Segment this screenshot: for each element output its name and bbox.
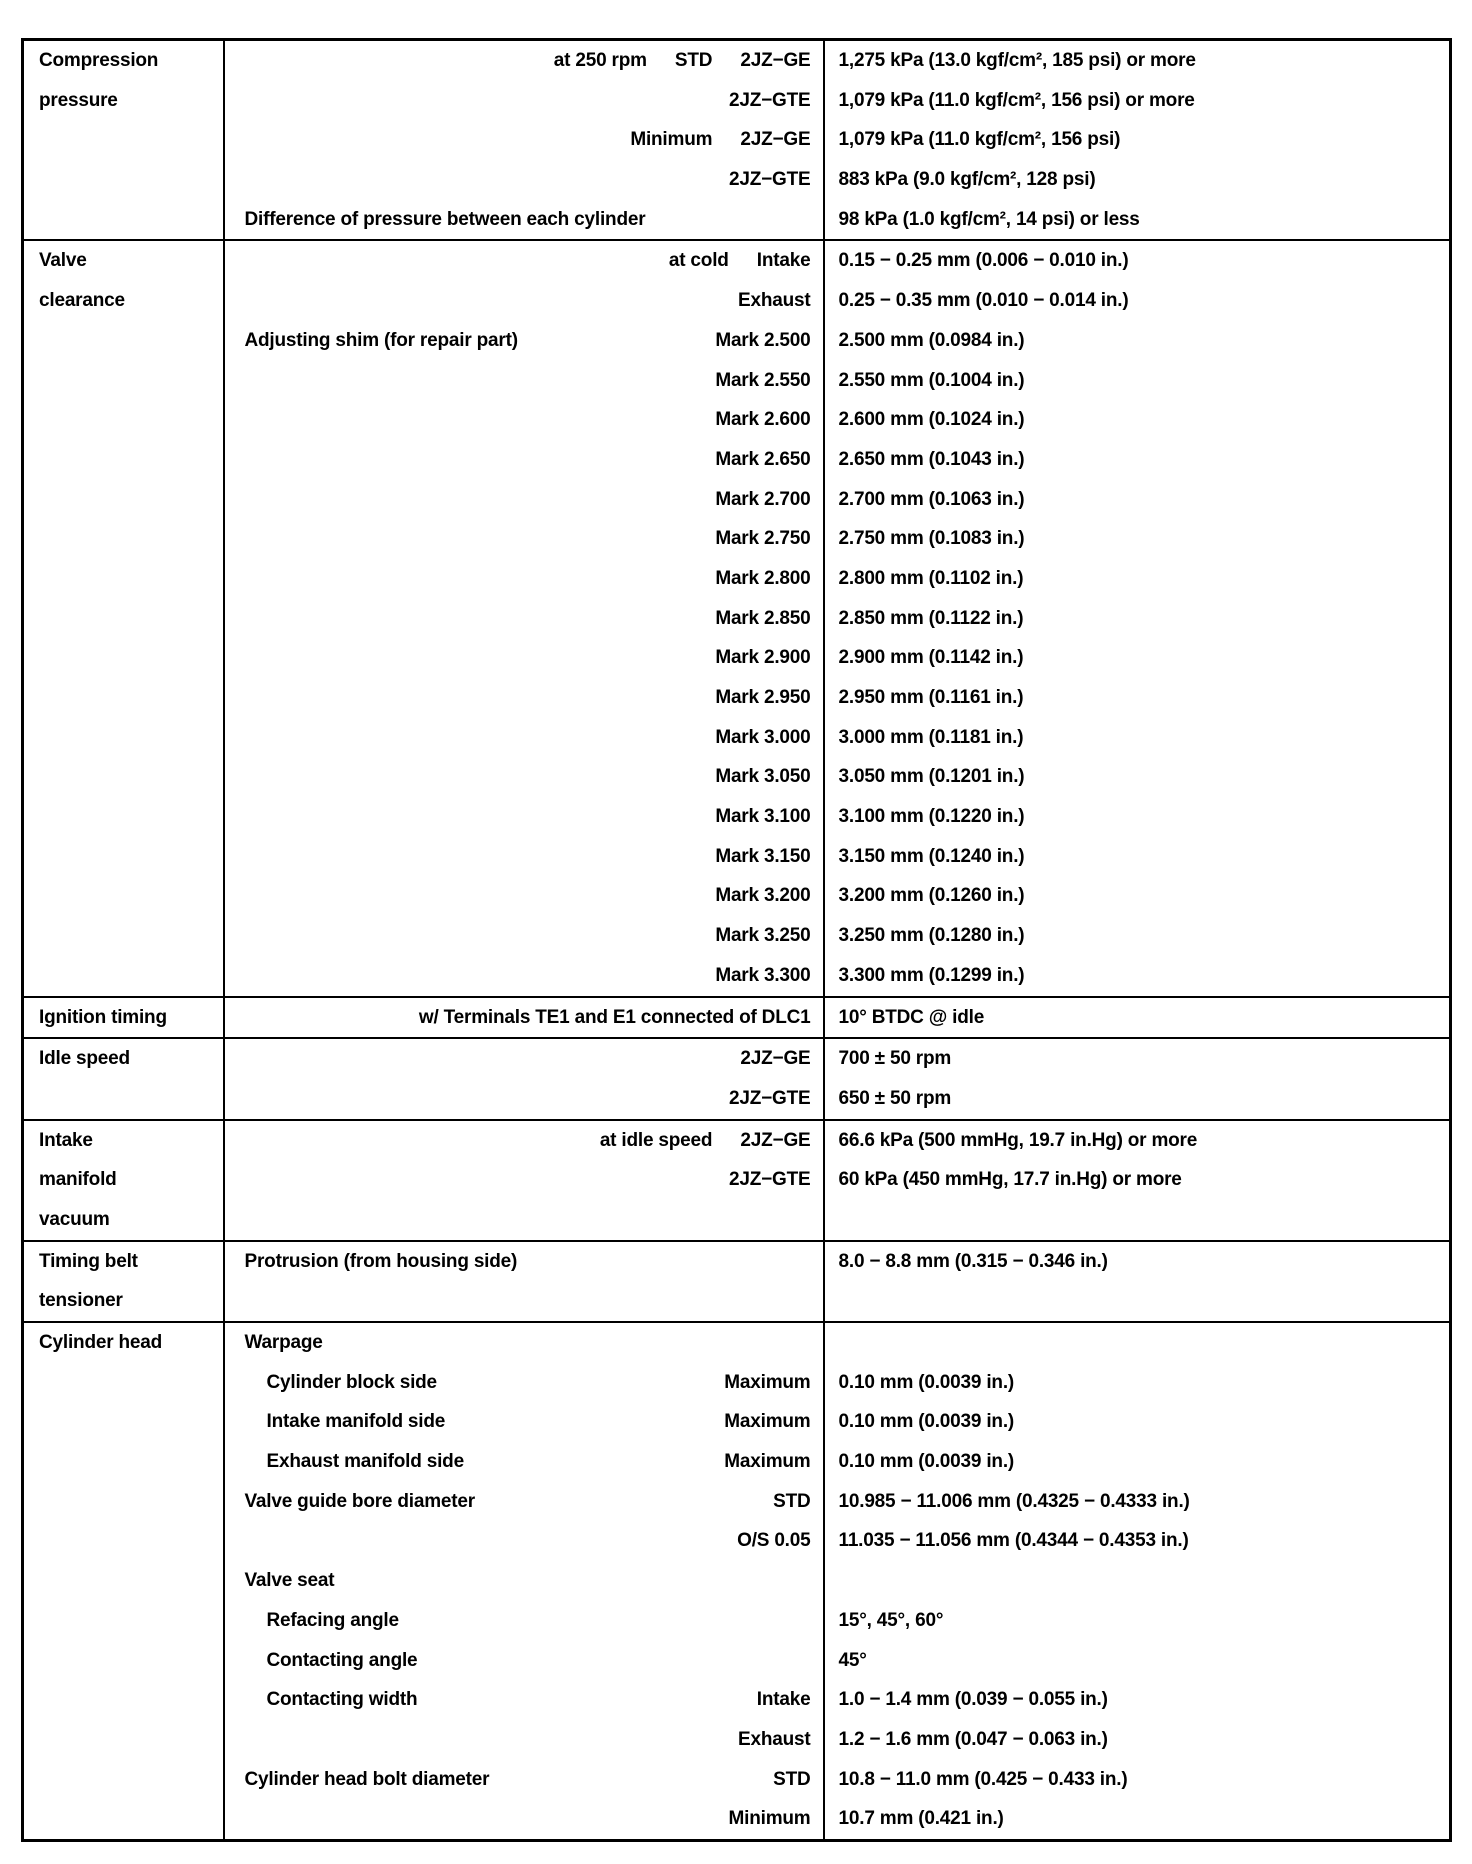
spec-value: 1.2 − 1.6 mm (0.047 − 0.063 in.) [825, 1720, 1450, 1760]
category-label: Compression [24, 41, 223, 81]
category-cell: Intakemanifoldvacuum [23, 1120, 224, 1241]
category-label [24, 321, 223, 361]
spec-section-compression-pressure: Compressionpressure at 250 rpm STD 2JZ−G… [23, 40, 1451, 241]
category-label [24, 956, 223, 996]
condition-label: Intake manifold side [245, 1402, 446, 1442]
condition-line: at idle speed 2JZ−GE [225, 1121, 823, 1161]
category-label [24, 1079, 223, 1119]
condition-line: Refacing angle [225, 1601, 823, 1641]
category-label [24, 638, 223, 678]
spec-value: 2.500 mm (0.0984 in.) [825, 321, 1450, 361]
spec-value: 1,079 kPa (11.0 kgf/cm², 156 psi) [825, 120, 1450, 160]
spec-value: 98 kPa (1.0 kgf/cm², 14 psi) or less [825, 200, 1450, 240]
condition-line: Contacting widthIntake [225, 1680, 823, 1720]
spec-value: 3.300 mm (0.1299 in.) [825, 956, 1450, 996]
condition-label: Cylinder block side [245, 1363, 437, 1403]
spec-section-row: Intakemanifoldvacuum at idle speed 2JZ−G… [23, 1120, 1451, 1241]
spec-value: 10.8 − 11.0 mm (0.425 − 0.433 in.) [825, 1760, 1450, 1800]
category-label [24, 757, 223, 797]
value-cell: 0.10 mm (0.0039 in.)0.10 mm (0.0039 in.)… [824, 1322, 1451, 1840]
condition-line: Protrusion (from housing side) [225, 1242, 823, 1282]
condition-line: Warpage [225, 1323, 823, 1363]
category-label [24, 837, 223, 877]
spec-value [825, 1561, 1450, 1601]
category-label: clearance [24, 281, 223, 321]
category-label [24, 1521, 223, 1561]
category-label [24, 1363, 223, 1403]
condition-line: Exhaust manifold sideMaximum [225, 1442, 823, 1482]
spec-value: 2.800 mm (0.1102 in.) [825, 559, 1450, 599]
condition-line: 2JZ−GE [225, 1039, 823, 1079]
condition-qualifier: 2JZ−GTE [729, 160, 811, 200]
category-label [24, 678, 223, 718]
category-label: Ignition timing [24, 998, 223, 1038]
category-label [24, 1720, 223, 1760]
condition-line: w/ Terminals TE1 and E1 connected of DLC… [225, 998, 823, 1038]
condition-line: Mark 2.600 [225, 400, 823, 440]
spec-section-row: Timing belttensioner Protrusion (from ho… [23, 1241, 1451, 1322]
condition-line: Mark 3.300 [225, 956, 823, 996]
spec-value: 883 kPa (9.0 kgf/cm², 128 psi) [825, 160, 1450, 200]
condition-qualifier: Mark 2.700 [715, 480, 810, 520]
spec-section-row: Cylinder head WarpageCylinder block side… [23, 1322, 1451, 1840]
spec-value: 2.700 mm (0.1063 in.) [825, 480, 1450, 520]
spec-value: 1,079 kPa (11.0 kgf/cm², 156 psi) or mor… [825, 81, 1450, 121]
condition-line: Mark 2.800 [225, 559, 823, 599]
spec-value: 3.050 mm (0.1201 in.) [825, 757, 1450, 797]
condition-qualifier: Mark 2.950 [715, 678, 810, 718]
spec-value: 3.250 mm (0.1280 in.) [825, 916, 1450, 956]
value-cell: 700 ± 50 rpm650 ± 50 rpm [824, 1038, 1451, 1119]
condition-label: Cylinder head bolt diameter [245, 1760, 490, 1800]
spec-section-ignition-timing: Ignition timing w/ Terminals TE1 and E1 … [23, 997, 1451, 1039]
condition-line: Adjusting shim (for repair part)Mark 2.5… [225, 321, 823, 361]
condition-cell: 2JZ−GE2JZ−GTE [224, 1038, 824, 1119]
category-label: vacuum [24, 1200, 223, 1240]
spec-value: 3.200 mm (0.1260 in.) [825, 876, 1450, 916]
condition-line: Contacting angle [225, 1641, 823, 1681]
condition-qualifier: Maximum [724, 1363, 810, 1403]
condition-label: Refacing angle [245, 1601, 399, 1641]
category-label [24, 1799, 223, 1839]
category-label [24, 1680, 223, 1720]
condition-qualifier: Mark 2.650 [715, 440, 810, 480]
condition-qualifier: O/S 0.05 [737, 1521, 810, 1561]
condition-cell: w/ Terminals TE1 and E1 connected of DLC… [224, 997, 824, 1039]
condition-line: 2JZ−GTE [225, 81, 823, 121]
spec-section-row: Ignition timing w/ Terminals TE1 and E1 … [23, 997, 1451, 1039]
category-label [24, 400, 223, 440]
condition-qualifier: Exhaust [738, 1720, 811, 1760]
spec-section-cylinder-head: Cylinder head WarpageCylinder block side… [23, 1322, 1451, 1840]
condition-line: 2JZ−GTE [225, 1079, 823, 1119]
condition-line [225, 1281, 823, 1321]
condition-line: O/S 0.05 [225, 1521, 823, 1561]
condition-cell: WarpageCylinder block sideMaximumIntake … [224, 1322, 824, 1840]
condition-cell: at idle speed 2JZ−GE2JZ−GTE [224, 1120, 824, 1241]
condition-line: Minimum [225, 1799, 823, 1839]
category-label: Timing belt [24, 1242, 223, 1282]
spec-value: 2.600 mm (0.1024 in.) [825, 400, 1450, 440]
condition-line: Mark 3.000 [225, 718, 823, 758]
spec-value: 45° [825, 1641, 1450, 1681]
spec-value: 2.900 mm (0.1142 in.) [825, 638, 1450, 678]
condition-label: Warpage [245, 1323, 323, 1363]
condition-line: Minimum 2JZ−GE [225, 120, 823, 160]
category-label [24, 1482, 223, 1522]
spec-value: 0.10 mm (0.0039 in.) [825, 1442, 1450, 1482]
spec-value: 11.035 − 11.056 mm (0.4344 − 0.4353 in.) [825, 1521, 1450, 1561]
spec-value: 2.650 mm (0.1043 in.) [825, 440, 1450, 480]
category-label [24, 559, 223, 599]
condition-qualifier: Maximum [724, 1402, 810, 1442]
category-label: pressure [24, 81, 223, 121]
condition-line: Difference of pressure between each cyli… [225, 200, 823, 240]
condition-qualifier: Mark 3.100 [715, 797, 810, 837]
condition-line: Mark 2.550 [225, 361, 823, 401]
spec-value: 2.750 mm (0.1083 in.) [825, 519, 1450, 559]
value-cell: 10° BTDC @ idle [824, 997, 1451, 1039]
spec-value: 2.550 mm (0.1004 in.) [825, 361, 1450, 401]
spec-value: 8.0 − 8.8 mm (0.315 − 0.346 in.) [825, 1242, 1450, 1282]
condition-qualifier: Mark 3.050 [715, 757, 810, 797]
condition-cell: Protrusion (from housing side) [224, 1241, 824, 1322]
spec-value: 66.6 kPa (500 mmHg, 19.7 in.Hg) or more [825, 1121, 1450, 1161]
condition-qualifier: Intake [757, 1680, 811, 1720]
condition-line: Exhaust [225, 1720, 823, 1760]
spec-section-row: Compressionpressure at 250 rpm STD 2JZ−G… [23, 40, 1451, 241]
condition-qualifier: Mark 3.000 [715, 718, 810, 758]
condition-line: Mark 2.950 [225, 678, 823, 718]
spec-value: 2.850 mm (0.1122 in.) [825, 599, 1450, 639]
spec-section-row: Valveclearance at cold IntakeExhaustAdju… [23, 240, 1451, 996]
spec-value: 2.950 mm (0.1161 in.) [825, 678, 1450, 718]
value-cell: 66.6 kPa (500 mmHg, 19.7 in.Hg) or more6… [824, 1120, 1451, 1241]
category-label: manifold [24, 1160, 223, 1200]
category-cell: Timing belttensioner [23, 1241, 224, 1322]
category-label: Idle speed [24, 1039, 223, 1079]
condition-line: at 250 rpm STD 2JZ−GE [225, 41, 823, 81]
spec-section-row: Idle speed 2JZ−GE2JZ−GTE 700 ± 50 rpm650… [23, 1038, 1451, 1119]
specification-table: Compressionpressure at 250 rpm STD 2JZ−G… [21, 38, 1452, 1842]
condition-line: Mark 3.150 [225, 837, 823, 877]
category-label [24, 120, 223, 160]
category-label [24, 200, 223, 240]
spec-value: 0.10 mm (0.0039 in.) [825, 1363, 1450, 1403]
category-label: tensioner [24, 1281, 223, 1321]
category-label [24, 440, 223, 480]
condition-qualifier: Exhaust [738, 281, 811, 321]
condition-label: Contacting width [245, 1680, 418, 1720]
condition-line: Mark 2.650 [225, 440, 823, 480]
spec-value: 60 kPa (450 mmHg, 17.7 in.Hg) or more [825, 1160, 1450, 1200]
condition-qualifier: Mark 3.300 [715, 956, 810, 996]
condition-label: Adjusting shim (for repair part) [245, 321, 518, 361]
condition-qualifier: 2JZ−GTE [729, 1160, 811, 1200]
condition-qualifier: Minimum 2JZ−GE [630, 120, 810, 160]
condition-line: Cylinder block sideMaximum [225, 1363, 823, 1403]
condition-qualifier: Mark 2.800 [715, 559, 810, 599]
condition-qualifier: Mark 2.500 [715, 321, 810, 361]
condition-label: Valve guide bore diameter [245, 1482, 475, 1522]
condition-line: 2JZ−GTE [225, 1160, 823, 1200]
value-cell: 1,275 kPa (13.0 kgf/cm², 185 psi) or mor… [824, 40, 1451, 241]
condition-qualifier: Mark 2.900 [715, 638, 810, 678]
category-label [24, 480, 223, 520]
spec-section-intake-manifold-vacuum: Intakemanifoldvacuum at idle speed 2JZ−G… [23, 1120, 1451, 1241]
category-cell: Valveclearance [23, 240, 224, 996]
condition-label: Valve seat [245, 1561, 335, 1601]
category-label [24, 1601, 223, 1641]
spec-value: 1.0 − 1.4 mm (0.039 − 0.055 in.) [825, 1680, 1450, 1720]
condition-line: Mark 2.850 [225, 599, 823, 639]
condition-qualifier: Mark 3.150 [715, 837, 810, 877]
category-label [24, 1760, 223, 1800]
spec-value: 10° BTDC @ idle [825, 998, 1450, 1038]
spec-value: 1,275 kPa (13.0 kgf/cm², 185 psi) or mor… [825, 41, 1450, 81]
condition-line: Mark 3.050 [225, 757, 823, 797]
condition-line: Cylinder head bolt diameterSTD [225, 1760, 823, 1800]
category-label [24, 599, 223, 639]
spec-value: 0.15 − 0.25 mm (0.006 − 0.010 in.) [825, 241, 1450, 281]
spec-value [825, 1323, 1450, 1363]
category-label: Valve [24, 241, 223, 281]
spec-value: 3.000 mm (0.1181 in.) [825, 718, 1450, 758]
category-label [24, 876, 223, 916]
condition-cell: at 250 rpm STD 2JZ−GE2JZ−GTEMinimum 2JZ−… [224, 40, 824, 241]
condition-qualifier: Mark 2.850 [715, 599, 810, 639]
condition-qualifier: Mark 2.550 [715, 361, 810, 401]
spec-value: 0.10 mm (0.0039 in.) [825, 1402, 1450, 1442]
condition-qualifier: Maximum [724, 1442, 810, 1482]
condition-cell: at cold IntakeExhaustAdjusting shim (for… [224, 240, 824, 996]
condition-line: Valve seat [225, 1561, 823, 1601]
condition-qualifier: Mark 3.250 [715, 916, 810, 956]
category-label [24, 916, 223, 956]
spec-section-valve-clearance: Valveclearance at cold IntakeExhaustAdju… [23, 240, 1451, 996]
condition-qualifier: at idle speed 2JZ−GE [600, 1121, 811, 1161]
category-cell: Compressionpressure [23, 40, 224, 241]
condition-line: Mark 2.700 [225, 480, 823, 520]
category-label [24, 1442, 223, 1482]
spec-value: 10.7 mm (0.421 in.) [825, 1799, 1450, 1839]
category-label [24, 797, 223, 837]
condition-qualifier: 2JZ−GE [740, 1039, 810, 1079]
condition-line: Mark 2.750 [225, 519, 823, 559]
category-label [24, 718, 223, 758]
spec-value: 15°, 45°, 60° [825, 1601, 1450, 1641]
category-label [24, 519, 223, 559]
condition-qualifier: Mark 2.750 [715, 519, 810, 559]
category-label: Cylinder head [24, 1323, 223, 1363]
condition-qualifier: Mark 2.600 [715, 400, 810, 440]
condition-qualifier: at 250 rpm STD 2JZ−GE [554, 41, 811, 81]
value-cell: 0.15 − 0.25 mm (0.006 − 0.010 in.)0.25 −… [824, 240, 1451, 996]
condition-label: Exhaust manifold side [245, 1442, 464, 1482]
condition-line: Exhaust [225, 281, 823, 321]
condition-qualifier: Mark 3.200 [715, 876, 810, 916]
category-label [24, 1641, 223, 1681]
condition-qualifier: STD [773, 1760, 810, 1800]
condition-qualifier: 2JZ−GTE [729, 81, 811, 121]
category-cell: Idle speed [23, 1038, 224, 1119]
condition-line: Mark 3.200 [225, 876, 823, 916]
spec-value: 650 ± 50 rpm [825, 1079, 1450, 1119]
condition-qualifier: 2JZ−GTE [729, 1079, 811, 1119]
spec-value [825, 1281, 1450, 1321]
condition-qualifier: Minimum [729, 1799, 811, 1839]
condition-label: Difference of pressure between each cyli… [245, 200, 646, 240]
spec-section-timing-belt-tensioner: Timing belttensioner Protrusion (from ho… [23, 1241, 1451, 1322]
condition-line: Intake manifold sideMaximum [225, 1402, 823, 1442]
condition-line [225, 1200, 823, 1240]
spec-value: 0.25 − 0.35 mm (0.010 − 0.014 in.) [825, 281, 1450, 321]
category-label [24, 1561, 223, 1601]
condition-label: Contacting angle [245, 1641, 418, 1681]
category-cell: Cylinder head [23, 1322, 224, 1840]
spec-value [825, 1200, 1450, 1240]
category-label: Intake [24, 1121, 223, 1161]
condition-qualifier: STD [773, 1482, 810, 1522]
spec-value: 10.985 − 11.006 mm (0.4325 − 0.4333 in.) [825, 1482, 1450, 1522]
spec-section-idle-speed: Idle speed 2JZ−GE2JZ−GTE 700 ± 50 rpm650… [23, 1038, 1451, 1119]
spec-value: 700 ± 50 rpm [825, 1039, 1450, 1079]
condition-qualifier: w/ Terminals TE1 and E1 connected of DLC… [419, 998, 811, 1038]
condition-label: Protrusion (from housing side) [245, 1242, 518, 1282]
spec-value: 3.150 mm (0.1240 in.) [825, 837, 1450, 877]
value-cell: 8.0 − 8.8 mm (0.315 − 0.346 in.) [824, 1241, 1451, 1322]
spec-value: 3.100 mm (0.1220 in.) [825, 797, 1450, 837]
category-label [24, 1402, 223, 1442]
condition-line: 2JZ−GTE [225, 160, 823, 200]
condition-qualifier: at cold Intake [669, 241, 811, 281]
condition-line: Valve guide bore diameterSTD [225, 1482, 823, 1522]
category-label [24, 160, 223, 200]
condition-line: Mark 3.250 [225, 916, 823, 956]
condition-line: at cold Intake [225, 241, 823, 281]
category-label [24, 361, 223, 401]
condition-line: Mark 3.100 [225, 797, 823, 837]
category-cell: Ignition timing [23, 997, 224, 1039]
condition-line: Mark 2.900 [225, 638, 823, 678]
